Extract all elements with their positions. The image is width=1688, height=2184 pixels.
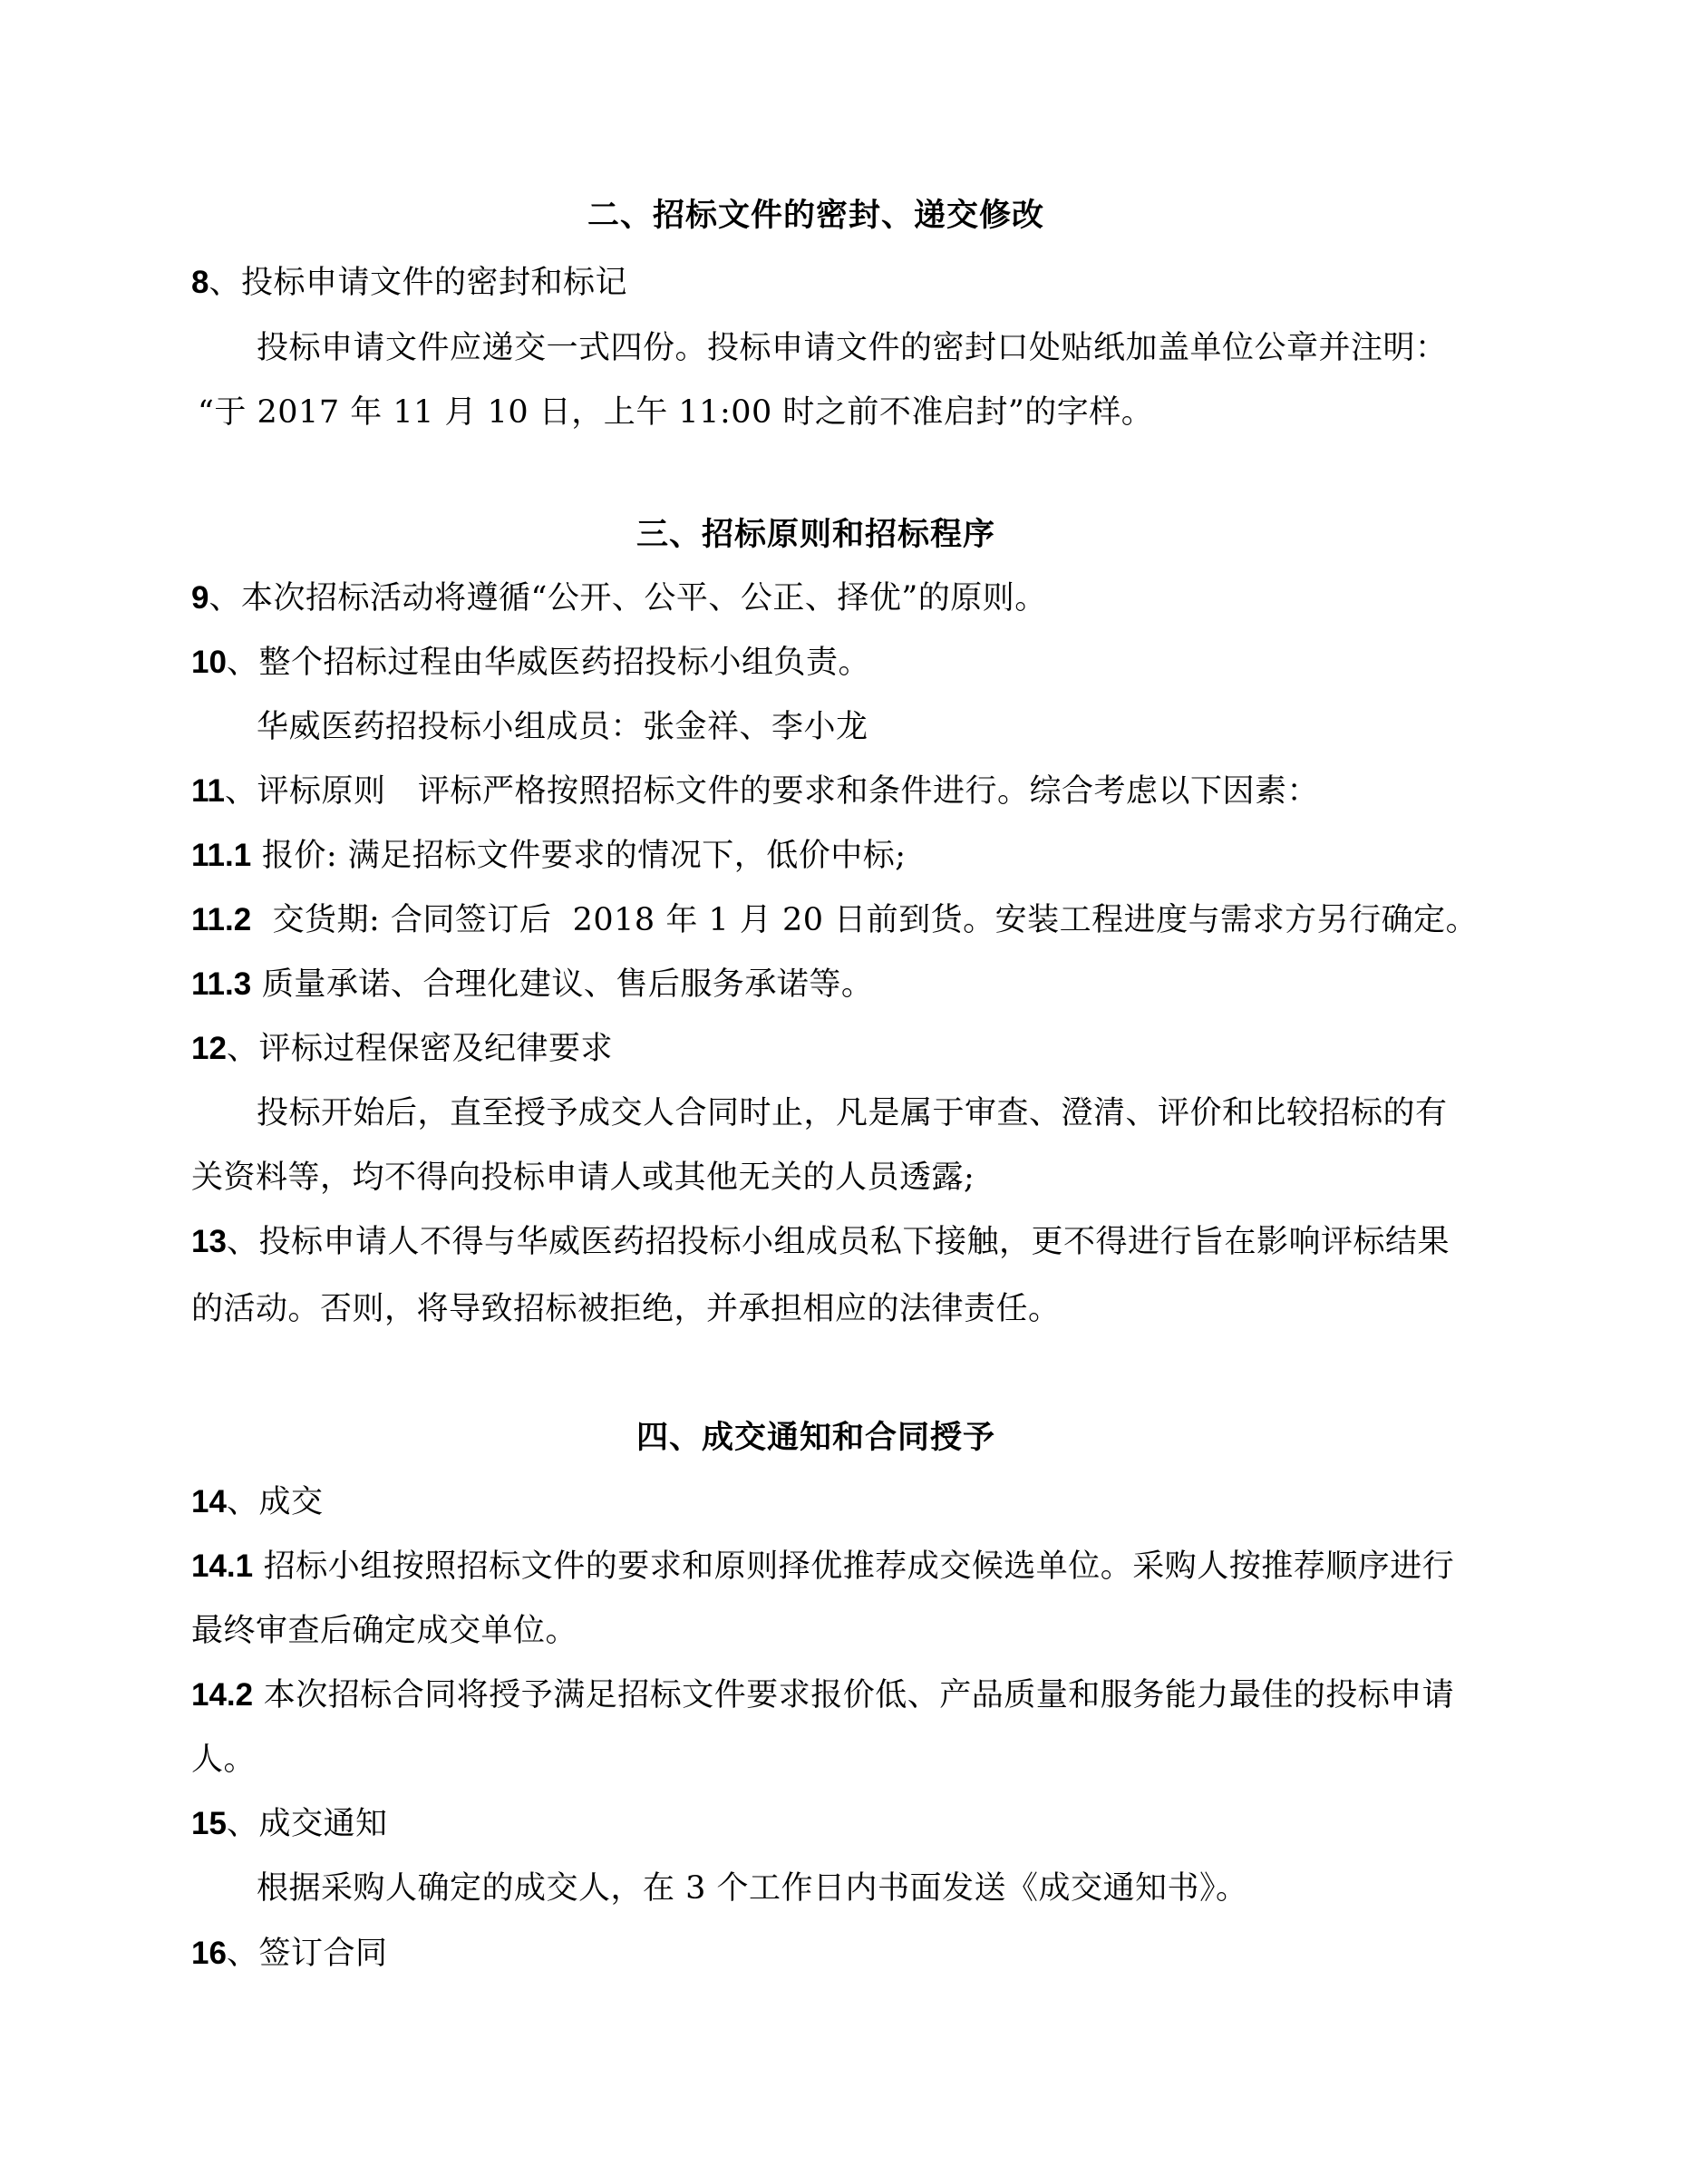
paragraph-line: 投标申请文件应递交一式四份。投标申请文件的密封口处贴纸加盖单位公章并注明： [257,330,1499,366]
paragraph-line: 关资料等，均不得向投标申请人或其他无关的人员透露; [191,1160,1497,1196]
clause-number: 8 [191,265,209,300]
clause-12: 12、评标过程保密及纪律要求 [191,1031,1497,1067]
clause-number: 13 [191,1224,227,1259]
paragraph-line: 根据采购人确定的成交人，在 3 个工作日内书面发送《成交通知书》。 [257,1870,1499,1907]
clause-number: 15 [191,1806,227,1841]
clause-text: 质量承诺、合理化建议、售后服务承诺等。 [251,966,873,1003]
clause-10: 10、整个招标过程由华威医药招投标小组负责。 [191,645,1497,681]
paragraph-line: “于 2017 年 11 月 10 日，上午 11:00 时之前不准启封”的字样… [198,394,1503,431]
clause-11: 11、评标原则 评标严格按照招标文件的要求和条件进行。综合考虑以下因素： [191,773,1497,810]
clause-number: 14.2 [191,1677,253,1713]
clause-number: 11.2 [191,902,251,937]
clause-text: 、评标原则 评标严格按照招标文件的要求和条件进行。综合考虑以下因素： [225,773,1319,810]
clause-text: 、成交 [227,1484,324,1520]
clause-number: 12 [191,1031,227,1066]
clause-number: 11 [191,773,225,809]
clause-number: 14 [191,1484,227,1519]
section-heading-3: 三、招标原则和招标程序 [145,517,1487,553]
clause-number: 11.3 [191,966,251,1002]
clause-text: 、评标过程保密及纪律要求 [227,1031,613,1067]
clause-text: 、成交通知 [227,1806,388,1842]
clause-16: 16、签订合同 [191,1936,1497,1972]
clause-14-2: 14.2 本次招标合同将授予满足招标文件要求报价低、产品质量和服务能力最佳的投标… [191,1677,1497,1713]
team-members-line: 华威医药招投标小组成员：张金祥、李小龙 [257,709,1499,745]
clause-text: 、整个招标过程由华威医药招投标小组负责。 [227,645,870,681]
clause-14: 14、成交 [191,1484,1497,1520]
clause-text: 、本次招标活动将遵循“公开、公平、公正、择优”的原则。 [209,580,1046,616]
clause-text: 招标小组按照招标文件的要求和原则择优推荐成交候选单位。采购人按推荐顺序进行 [253,1548,1454,1585]
clause-text: 、投标申请人不得与华威医药招投标小组成员私下接触，更不得进行旨在影响评标结果 [227,1224,1450,1260]
clause-text: 本次招标合同将授予满足招标文件要求报价低、产品质量和服务能力最佳的投标申请 [253,1677,1454,1713]
section-heading-4: 四、成交通知和合同授予 [145,1420,1487,1456]
clause-15: 15、成交通知 [191,1806,1497,1842]
paragraph-line: 最终审查后确定成交单位。 [191,1613,1497,1649]
clause-13: 13、投标申请人不得与华威医药招投标小组成员私下接触，更不得进行旨在影响评标结果 [191,1224,1497,1260]
clause-number: 10 [191,645,227,680]
clause-number: 9 [191,580,209,616]
clause-14-1: 14.1 招标小组按照招标文件的要求和原则择优推荐成交候选单位。采购人按推荐顺序… [191,1548,1497,1585]
clause-number: 16 [191,1936,227,1971]
section-heading-2: 二、招标文件的密封、递交修改 [145,198,1487,234]
clause-11-2: 11.2 交货期: 合同签订后 2018 年 1 月 20 日前到货。安装工程进… [191,902,1497,938]
clause-9: 9、本次招标活动将遵循“公开、公平、公正、择优”的原则。 [191,580,1497,616]
paragraph-line: 投标开始后，直至授予成交人合同时止，凡是属于审查、澄清、评价和比较招标的有 [257,1095,1499,1131]
paragraph-line: 人。 [191,1742,1497,1778]
clause-text: 、签订合同 [227,1936,388,1972]
clause-number: 11.1 [191,838,251,873]
clause-8-title: 8、投标申请文件的密封和标记 [191,265,1497,301]
paragraph-line: 的活动。否则，将导致招标被拒绝，并承担相应的法律责任。 [191,1291,1497,1327]
clause-number: 14.1 [191,1548,253,1584]
document-page: 二、招标文件的密封、递交修改 8、投标申请文件的密封和标记 投标申请文件应递交一… [0,0,1688,2184]
clause-text: 、投标申请文件的密封和标记 [209,265,627,301]
clause-11-1: 11.1 报价: 满足招标文件要求的情况下，低价中标; [191,838,1497,874]
clause-text: 交货期: 合同签订后 2018 年 1 月 20 日前到货。安装工程进度与需求方… [251,902,1478,938]
clause-text: 报价: 满足招标文件要求的情况下，低价中标; [251,838,906,874]
clause-11-3: 11.3 质量承诺、合理化建议、售后服务承诺等。 [191,966,1497,1003]
